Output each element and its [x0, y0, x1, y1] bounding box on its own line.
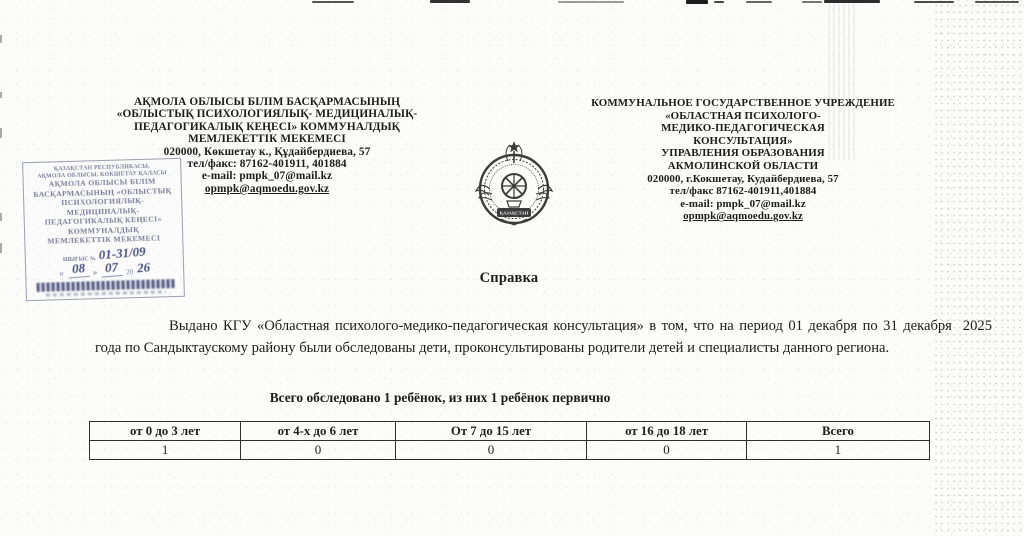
org-line: КОНСУЛЬТАЦИЯ» — [581, 135, 905, 148]
age-groups-table: от 0 до 3 лет от 4-х до 6 лет От 7 до 15… — [89, 421, 930, 460]
scan-noise — [932, 0, 1024, 536]
table-value-cell: 1 — [90, 441, 241, 460]
table-header-cell: от 0 до 3 лет — [90, 422, 241, 441]
scan-artifact — [558, 1, 624, 3]
org-phone: тел/факс 87162-401911,401884 — [581, 185, 905, 198]
table-value-cell: 1 — [746, 441, 929, 460]
stamp-smudged-text — [45, 290, 165, 296]
table-value-cell: 0 — [241, 441, 396, 460]
body-paragraph: Выдано КГУ «Областная психолого-медико-п… — [95, 316, 992, 359]
org-email: e-mail: pmpk_07@mail.kz — [581, 198, 905, 211]
kazakhstan-emblem-icon: ҚАЗАҚСТАН — [471, 139, 557, 234]
scan-artifact — [824, 0, 880, 3]
stamp-date-month: 07 — [100, 259, 122, 278]
scan-artifact — [802, 1, 822, 3]
table-value-row: 1 0 0 0 1 — [90, 441, 930, 460]
table-value-cell: 0 — [395, 441, 587, 460]
org-line: АКМОЛИНСКОЙ ОБЛАСТИ — [581, 160, 905, 173]
table-header-cell: от 16 до 18 лет — [587, 422, 747, 441]
scan-artifact — [686, 0, 708, 4]
org-line: ПЕДАГОГИКАЛЫҚ КЕҢЕСІ» КОММУНАЛДЫҚ — [85, 121, 449, 133]
summary-line: Всего обследовано 1 ребёнок, из них 1 ре… — [84, 390, 796, 406]
registration-stamp: ҚАЗАҚСТАН РЕСПУБЛИКАСЫ, АҚМОЛА ОБЛЫСЫ, К… — [22, 158, 185, 301]
emblem-banner-text: ҚАЗАҚСТАН — [500, 211, 529, 216]
stamp-date-year: 26 — [136, 259, 150, 276]
scan-artifact — [746, 1, 772, 3]
scan-artifact — [975, 1, 1019, 3]
table-header-cell: Всего — [746, 422, 929, 441]
org-email-link: opmpk@aqmoedu.gov.kz — [581, 210, 905, 223]
stamp-date-year-prefix: 20 — [126, 268, 133, 276]
scan-artifact — [0, 243, 2, 253]
org-block-russian: КОММУНАЛЬНОЕ ГОСУДАРСТВЕННОЕ УЧРЕЖДЕНИЕ … — [581, 97, 905, 223]
org-line: УПРАВЛЕНИЯ ОБРАЗОВАНИЯ — [581, 147, 905, 160]
scan-artifact — [0, 128, 2, 138]
org-line: КОММУНАЛЬНОЕ ГОСУДАРСТВЕННОЕ УЧРЕЖДЕНИЕ — [581, 97, 905, 110]
stamp-date: « 08 » 07 2026 — [28, 261, 181, 279]
scan-artifact — [430, 0, 470, 3]
scanned-document-page: АҚМОЛА ОБЛЫСЫ БІЛІМ БАСҚАРМАСЫНЫҢ «ОБЛЫС… — [0, 0, 1024, 536]
scan-artifact — [0, 35, 2, 43]
org-address: 020000, г.Кокшетау, Кудайбердиева, 57 — [581, 173, 905, 186]
org-line: «ОБЛЫСТЫҚ ПСИХОЛОГИЯЛЫҚ- МЕДИЦИНАЛЫҚ- — [85, 108, 449, 120]
scan-artifact — [714, 1, 724, 3]
org-line: МЕДИКО-ПЕДАГОГИЧЕСКАЯ — [581, 122, 905, 135]
table-header-cell: От 7 до 15 лет — [395, 422, 587, 441]
org-line: АҚМОЛА ОБЛЫСЫ БІЛІМ БАСҚАРМАСЫНЫҢ — [85, 96, 449, 108]
scan-artifact — [0, 213, 2, 221]
org-address: 020000, Көкшетау к., Құдайбердиева, 57 — [85, 146, 449, 158]
scan-artifact — [914, 1, 954, 3]
stamp-date-day: 08 — [67, 260, 89, 279]
org-line: «ОБЛАСТНАЯ ПСИХОЛОГО- — [581, 110, 905, 123]
table-header-cell: от 4-х до 6 лет — [241, 422, 396, 441]
table-header-row: от 0 до 3 лет от 4-х до 6 лет От 7 до 15… — [90, 422, 930, 441]
org-line: МЕМЛЕКЕТТІК МЕКЕМЕСІ — [85, 133, 449, 145]
scan-artifact — [312, 1, 354, 3]
scan-artifact — [0, 92, 2, 98]
table-value-cell: 0 — [587, 441, 747, 460]
